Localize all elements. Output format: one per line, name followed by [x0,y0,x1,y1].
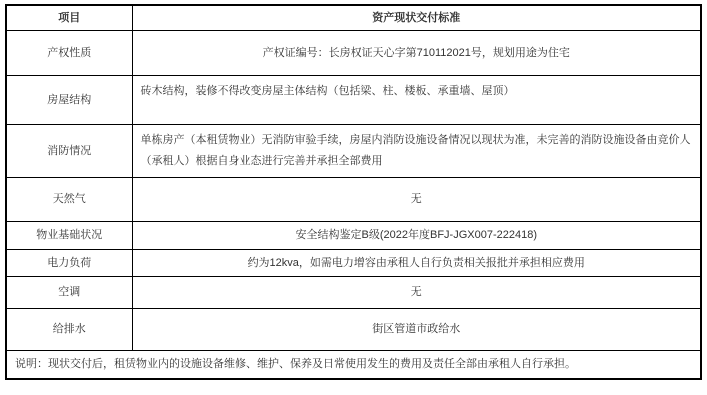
row-value: 约为12kva，如需电力增容由承租人自行负责相关报批并承担相应费用 [132,250,701,277]
row-value: 安全结构鉴定B级(2022年度BFJ-JGX007-222418) [132,222,701,250]
table-footer-note-row: 说明：现状交付后，租赁物业内的设施设备维修、维护、保养及日常使用发生的费用及责任… [6,351,701,380]
table-row-fire-safety: 消防情况 单栋房产（本租赁物业）无消防审验手续，房屋内消防设施设备情况以现状为准… [6,125,701,178]
row-label: 消防情况 [6,125,132,178]
row-value: 单栋房产（本租赁物业）无消防审验手续，房屋内消防设施设备情况以现状为准，未完善的… [132,125,701,178]
row-label: 房屋结构 [6,76,132,125]
asset-delivery-standard-table: 项目 资产现状交付标准 产权性质 产权证编号：长房权证天心字第710112021… [5,4,702,380]
row-value: 砖木结构，装修不得改变房屋主体结构（包括梁、柱、楼板、承重墙、屋顶） [132,76,701,125]
row-label: 空调 [6,277,132,309]
row-label: 给排水 [6,309,132,351]
row-value: 街区管道市政给水 [132,309,701,351]
footer-note: 说明：现状交付后，租赁物业内的设施设备维修、维护、保养及日常使用发生的费用及责任… [6,351,701,380]
header-item-column: 项目 [6,5,132,31]
table-row-air-conditioning: 空调 无 [6,277,701,309]
row-value: 产权证编号：长房权证天心字第710112021号，规划用途为住宅 [132,31,701,76]
row-value: 无 [132,277,701,309]
table-row-water-supply: 给排水 街区管道市政给水 [6,309,701,351]
row-label: 物业基础状况 [6,222,132,250]
row-label: 产权性质 [6,31,132,76]
row-label: 电力负荷 [6,250,132,277]
table-row-power-load: 电力负荷 约为12kva，如需电力增容由承租人自行负责相关报批并承担相应费用 [6,250,701,277]
table-row-property-rights: 产权性质 产权证编号：长房权证天心字第710112021号，规划用途为住宅 [6,31,701,76]
table-row-natural-gas: 天然气 无 [6,178,701,222]
table-row-property-condition: 物业基础状况 安全结构鉴定B级(2022年度BFJ-JGX007-222418) [6,222,701,250]
table-row-building-structure: 房屋结构 砖木结构，装修不得改变房屋主体结构（包括梁、柱、楼板、承重墙、屋顶） [6,76,701,125]
table-header-row: 项目 资产现状交付标准 [6,5,701,31]
row-value: 无 [132,178,701,222]
row-label: 天然气 [6,178,132,222]
header-standard-column: 资产现状交付标准 [132,5,701,31]
